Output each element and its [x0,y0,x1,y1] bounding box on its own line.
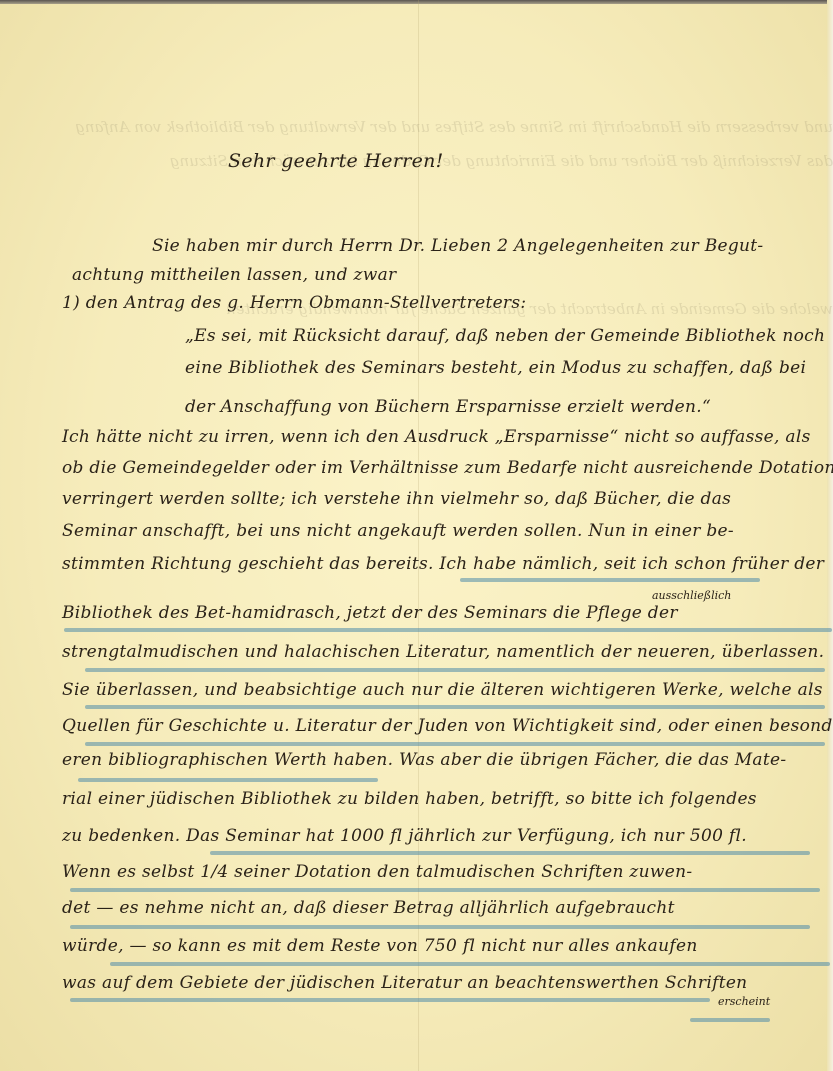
letter-line: achtung mittheilen lassen, und zwar [72,265,396,285]
letter-line: Bibliothek des Bet-hamidrasch, jetzt der… [62,603,678,623]
page-top-edge [0,0,833,4]
letter-line: würde, — so kann es mit dem Reste von 75… [62,936,698,956]
letter-line: rial einer jüdischen Bibliothek zu bilde… [62,789,757,809]
letter-line: strengtalmudischen und halachischen Lite… [62,642,824,662]
blue-pencil-underline [210,851,810,855]
letter-line: det — es nehme nicht an, daß dieser Betr… [62,898,675,918]
blue-pencil-underline [70,998,710,1002]
marginal-insert: ausschließlich [652,589,731,602]
letter-line: Ich hätte nicht zu irren, wenn ich den A… [62,427,811,447]
letter-line: 1) den Antrag des g. Herrn Obmann-Stellv… [62,293,526,313]
blue-pencil-underline [64,628,832,632]
blue-pencil-underline [690,1018,770,1022]
salutation: Sehr geehrte Herren! [228,150,444,172]
letter-line: eren bibliographischen Werth haben. Was … [62,750,786,770]
letter-line: stimmten Richtung geschieht das bereits.… [62,554,824,574]
letter-line: Quellen für Geschichte u. Literatur der … [62,716,833,736]
letter-line: eine Bibliothek des Seminars besteht, ei… [185,358,806,378]
letter-line: Wenn es selbst 1/4 seiner Dotation den t… [62,862,692,882]
letter-line: verringert werden sollte; ich verstehe i… [62,489,731,509]
blue-pencil-underline [70,888,820,892]
letter-line: ob die Gemeindegelder oder im Verhältnis… [62,458,833,478]
letter-page: und verbessern die Handschrift im Sinne … [0,0,833,1071]
letter-line: was auf dem Gebiete der jüdischen Litera… [62,973,747,993]
letter-line: „Es sei, mit Rücksicht darauf, daß neben… [185,326,825,346]
bleed-through: und verbessern die Handschrift im Sinne … [0,118,833,136]
blue-pencil-underline [78,778,378,782]
blue-pencil-underline [85,742,825,746]
blue-pencil-underline [70,925,810,929]
blue-pencil-underline [85,705,825,709]
blue-pencil-underline [85,668,825,672]
blue-pencil-underline [460,578,760,582]
letter-line: Sie haben mir durch Herrn Dr. Lieben 2 A… [152,236,763,256]
letter-line: der Anschaffung von Büchern Ersparnisse … [185,397,711,417]
letter-line: Seminar anschafft, bei uns nicht angekau… [62,521,734,541]
catchword: erscheint [718,995,770,1008]
letter-line: Sie überlassen, und beabsichtige auch nu… [62,680,823,700]
letter-line: zu bedenken. Das Seminar hat 1000 fl jäh… [62,826,747,846]
blue-pencil-underline [110,962,830,966]
